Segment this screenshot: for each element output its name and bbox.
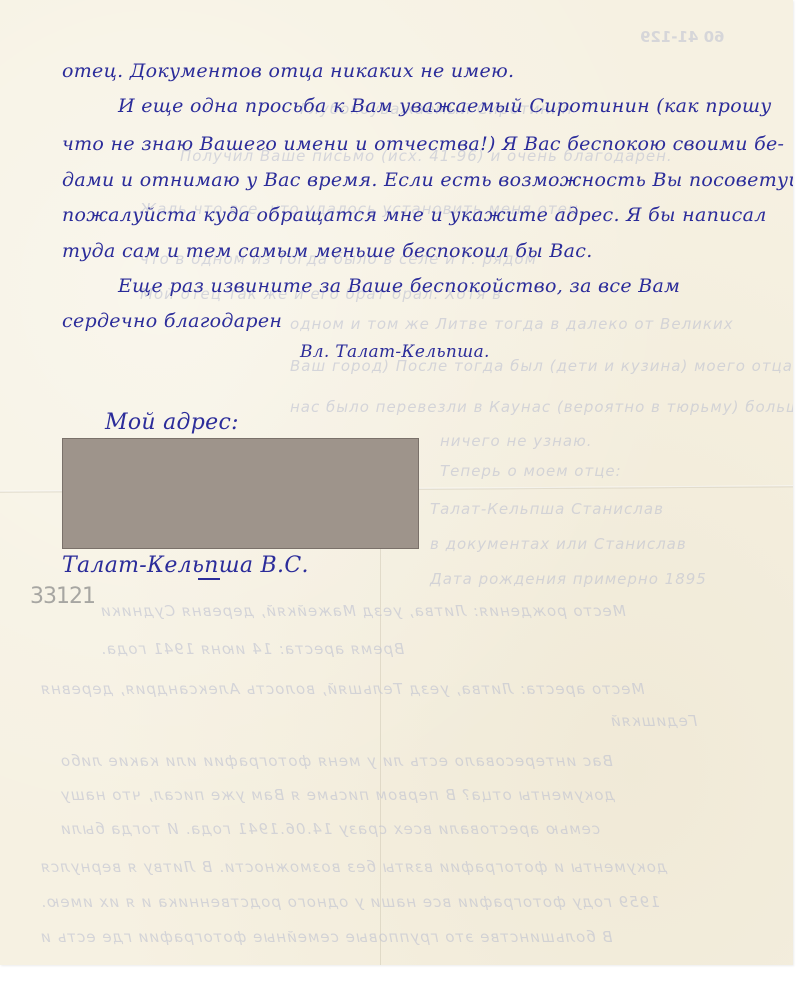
bleed-line: Вас интересовало есть ли у меня фотограф… bbox=[60, 752, 613, 770]
letter-line: что не знаю Вашего имени и отчества!) Я … bbox=[62, 133, 784, 155]
bleed-line: Время ареста: 14 июня 1941 года. bbox=[100, 640, 404, 658]
letter-line: пожалуйста куда обращатся мне и укажите … bbox=[62, 204, 767, 226]
letter-page: 60 41-129 Глубокоуважаемый Сиротинин Пол… bbox=[0, 0, 793, 965]
bleed-line: Место ареста: Литва, уезд Тельшяй, волос… bbox=[40, 680, 644, 698]
letter-line: туда сам и тем самым меньше беспокоил бы… bbox=[62, 240, 593, 262]
letter-line: И еще одна просьба к Вам уважаемый Сирот… bbox=[118, 95, 772, 117]
archive-number-bleed: 60 41-129 bbox=[640, 28, 725, 46]
letter-line: отец. Документов отца никаких не имею. bbox=[62, 60, 514, 82]
redacted-address-block bbox=[62, 438, 419, 549]
bleed-line: Теперь о моем отце: bbox=[440, 462, 622, 480]
name-underline bbox=[198, 578, 220, 580]
bleed-line: Гедишкяй bbox=[610, 712, 697, 730]
bleed-line: в документах или Станислав bbox=[430, 535, 687, 553]
bleed-line: нас было перевезли в Каунас (вероятно в … bbox=[290, 398, 793, 416]
bleed-line: Талат-Кельпша Станислав bbox=[430, 500, 664, 518]
bleed-line: ничего не узнаю. bbox=[440, 432, 593, 450]
bleed-line: семью арестовали всех сразу 14.06.1941 г… bbox=[60, 820, 600, 838]
bleed-line: документы отца? В первом письме я Вам уж… bbox=[60, 786, 615, 804]
pencil-archive-note: 33121 bbox=[30, 584, 95, 609]
letter-line: Еще раз извините за Ваше беспокойство, з… bbox=[118, 275, 680, 297]
bleed-line: В большинстве это групповые семейные фот… bbox=[40, 928, 613, 946]
letter-line: дами и отнимаю у Вас время. Если есть во… bbox=[62, 169, 793, 191]
signature: Вл. Талат-Кельпша. bbox=[300, 342, 490, 362]
bleed-line: 1959 году фотографии все наши у одного р… bbox=[40, 893, 660, 911]
bleed-line: документы и фотографии взяты без возможн… bbox=[40, 858, 667, 876]
letter-line: сердечно благодарен bbox=[62, 310, 282, 332]
address-label: Мой адрес: bbox=[105, 410, 239, 435]
sender-name: Талат-Кельпша В.С. bbox=[62, 553, 309, 578]
bleed-line: Место рождения: Литва, уезд Мажейкяй, де… bbox=[100, 602, 626, 620]
bleed-line: одном и том же Литве тогда в далеко от В… bbox=[290, 315, 734, 333]
bleed-line: Дата рождения примерно 1895 bbox=[430, 570, 707, 588]
